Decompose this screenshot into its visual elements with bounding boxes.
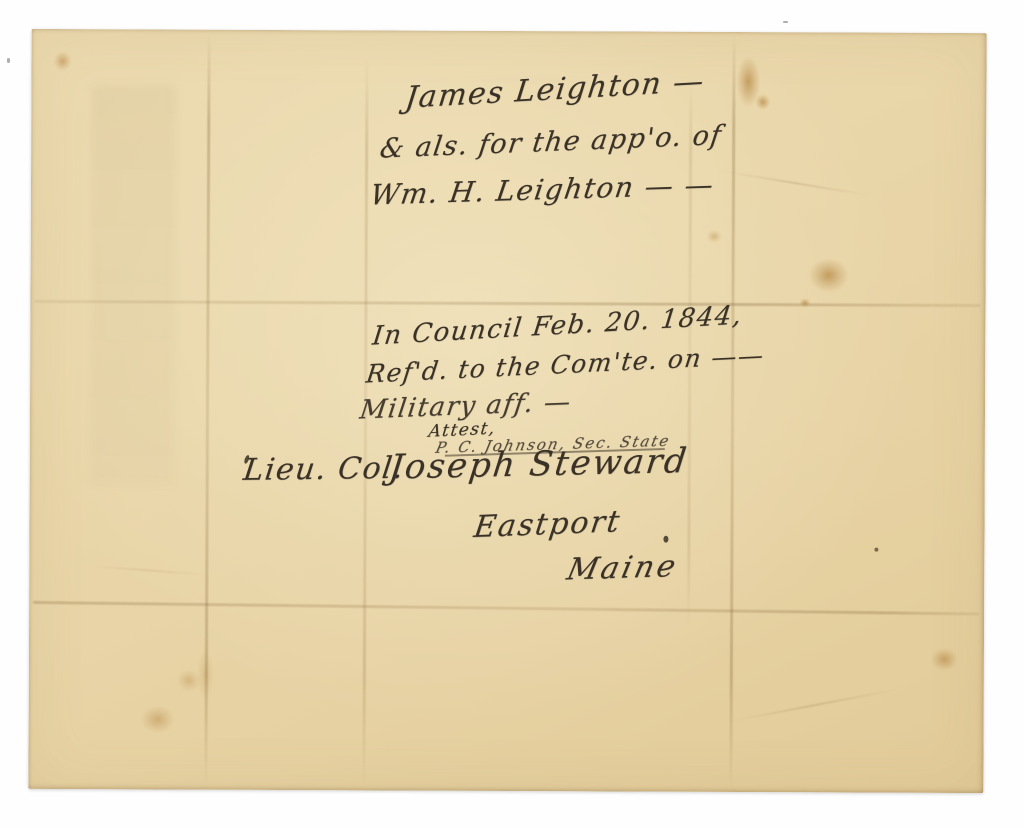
ink-showthrough: [90, 84, 177, 484]
stain: [53, 51, 71, 71]
docket-line-1: James Leighton —: [403, 64, 707, 116]
stain: [707, 230, 722, 243]
stain: [809, 258, 849, 292]
addressee-rank: Lieu. Col.: [241, 451, 406, 488]
addressee-name: Joseph Steward: [387, 441, 690, 488]
document-paper: James Leighton — & als. for the app'o. o…: [28, 29, 986, 793]
margin-speck: [783, 21, 788, 23]
paper-wrinkle: [722, 170, 870, 196]
docket-line-2: & als. for the app'o. of: [378, 120, 724, 165]
stain: [197, 650, 214, 700]
ink-dot: [663, 536, 668, 543]
stain: [141, 705, 175, 733]
stain: [799, 298, 810, 307]
paper-wrinkle: [730, 689, 897, 723]
fold-crease-horizontal-upper: [34, 300, 980, 307]
scan-background: James Leighton — & als. for the app'o. o…: [0, 0, 1024, 828]
margin-speck: [7, 58, 10, 63]
address-state: Maine: [564, 549, 682, 588]
stain: [755, 94, 770, 110]
fold-crease-horizontal-lower: [33, 601, 979, 616]
address-city: Eastport: [472, 504, 624, 545]
ink-fleck: [874, 548, 878, 552]
docket-line-3: Wm. H. Leighton — —: [368, 168, 717, 212]
stain: [931, 648, 958, 671]
fold-crease-vertical-right: [729, 34, 735, 789]
paper-wrinkle: [89, 565, 209, 576]
